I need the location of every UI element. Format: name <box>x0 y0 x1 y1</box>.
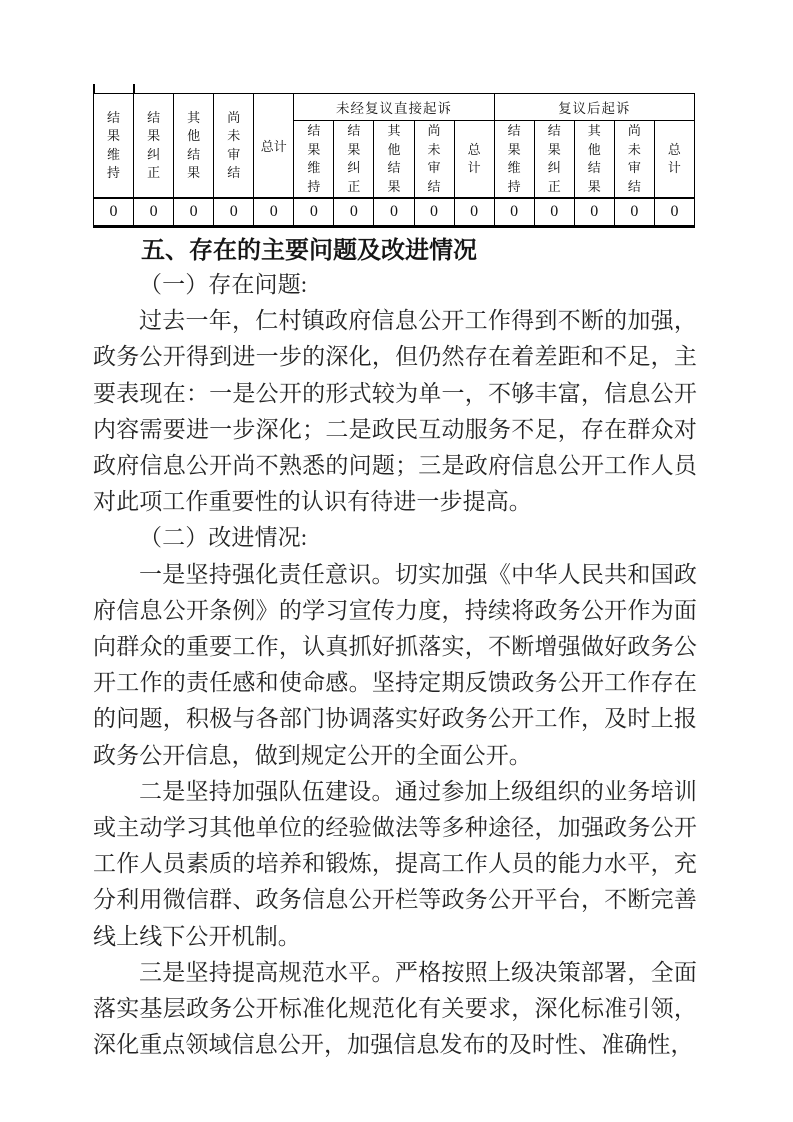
column-header-result-corrected: 结果纠正 <box>334 121 374 199</box>
column-header-total: 总计 <box>254 94 294 199</box>
body-paragraph-improvement-3: 三是坚持提高规范水平。严格按照上级决策部署，全面落实基层政务公开标准化规范化有关… <box>93 955 697 1064</box>
value-cell: 0 <box>654 198 694 227</box>
value-cell: 0 <box>94 198 134 227</box>
value-cell: 0 <box>294 198 334 227</box>
value-cell: 0 <box>334 198 374 227</box>
column-header-pending: 尚未审结 <box>614 121 654 199</box>
table-continuation-tick <box>133 84 135 93</box>
body-paragraph-improvement-1: 一是坚持强化责任意识。切实加强《中华人民共和国政府信息公开条例》的学习宣传力度，… <box>93 557 697 774</box>
page-content: 结果维持 结果纠正 其他结果 尚未审结 总计 未经复议直接起诉 复议后起诉 结果… <box>93 93 697 1063</box>
section-heading: 五、存在的主要问题及改进情况 <box>93 234 697 267</box>
value-cell: 0 <box>614 198 654 227</box>
report-body: 五、存在的主要问题及改进情况 （一）存在问题: 过去一年，仁村镇政府信息公开工作… <box>93 234 697 1063</box>
table-value-row: 0 0 0 0 0 0 0 0 0 0 0 0 0 0 0 <box>94 198 695 227</box>
value-cell: 0 <box>574 198 614 227</box>
value-cell: 0 <box>414 198 454 227</box>
column-header-other-result: 其他结果 <box>174 94 214 199</box>
value-cell: 0 <box>134 198 174 227</box>
value-cell: 0 <box>374 198 414 227</box>
column-header-total: 总计 <box>654 121 694 199</box>
group-header-post-review-litigation: 复议后起诉 <box>494 94 694 121</box>
value-cell: 0 <box>454 198 494 227</box>
column-header-total: 总计 <box>454 121 494 199</box>
column-header-result-upheld: 结果维持 <box>494 121 534 199</box>
group-header-direct-litigation: 未经复议直接起诉 <box>294 94 494 121</box>
column-header-pending: 尚未审结 <box>414 121 454 199</box>
column-header-other-result: 其他结果 <box>374 121 414 199</box>
table-continuation-tick <box>93 84 95 93</box>
subsection-heading-improvements: （二）改进情况: <box>93 520 697 556</box>
body-paragraph-problems: 过去一年，仁村镇政府信息公开工作得到不断的加强，政务公开得到进一步的深化，但仍然… <box>93 303 697 520</box>
column-header-result-corrected: 结果纠正 <box>134 94 174 199</box>
value-cell: 0 <box>534 198 574 227</box>
column-header-other-result: 其他结果 <box>574 121 614 199</box>
document-page: 结果维持 结果纠正 其他结果 尚未审结 总计 未经复议直接起诉 复议后起诉 结果… <box>0 0 793 1122</box>
value-cell: 0 <box>214 198 254 227</box>
value-cell: 0 <box>254 198 294 227</box>
litigation-results-table: 结果维持 结果纠正 其他结果 尚未审结 总计 未经复议直接起诉 复议后起诉 结果… <box>93 93 695 228</box>
subsection-heading-problems: （一）存在问题: <box>93 267 697 303</box>
column-header-result-corrected: 结果纠正 <box>534 121 574 199</box>
column-header-pending: 尚未审结 <box>214 94 254 199</box>
table-header-row-1: 结果维持 结果纠正 其他结果 尚未审结 总计 未经复议直接起诉 复议后起诉 <box>94 94 695 121</box>
body-paragraph-improvement-2: 二是坚持加强队伍建设。通过参加上级组织的业务培训或主动学习其他单位的经验做法等多… <box>93 774 697 955</box>
value-cell: 0 <box>174 198 214 227</box>
column-header-result-upheld: 结果维持 <box>94 94 134 199</box>
value-cell: 0 <box>494 198 534 227</box>
column-header-result-upheld: 结果维持 <box>294 121 334 199</box>
